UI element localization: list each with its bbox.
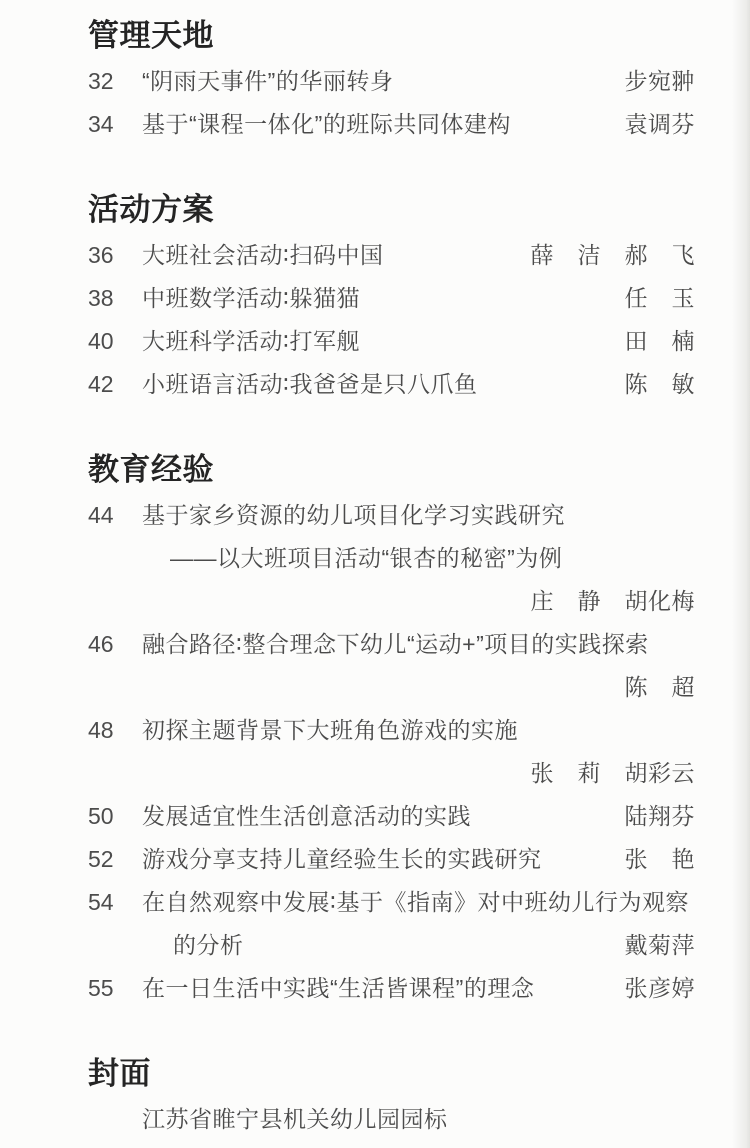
entry-title: 融合路径∶整合理念下幼儿“运动+”项目的实践探索: [142, 623, 649, 666]
toc-entry-row: 40 大班科学活动∶打军舰 田 楠: [88, 320, 695, 363]
toc-entry-continuation-row: 的分析 戴菊萍: [88, 924, 695, 967]
entry-title: “阴雨天事件”的华丽转身: [142, 60, 393, 103]
toc-entry-row: 46 融合路径∶整合理念下幼儿“运动+”项目的实践探索: [88, 623, 695, 666]
section-heading: 活动方案: [88, 188, 695, 231]
toc-entry-row: 34 基于“课程一体化”的班际共同体建构 袁调芬: [88, 103, 695, 146]
entry-page-number: 46: [88, 623, 142, 666]
toc-entry-author-row: 陈 超: [88, 666, 695, 709]
toc-entry-row: 54 在自然观察中发展∶基于《指南》对中班幼儿行为观察: [88, 881, 695, 924]
entry-page-number: 55: [88, 967, 142, 1010]
toc-entry-row: 52 游戏分享支持儿童经验生长的实践研究 张 艳: [88, 838, 695, 881]
entry-title: 在自然观察中发展∶基于《指南》对中班幼儿行为观察: [142, 881, 689, 924]
entry-author: 张彦婷: [607, 967, 696, 1010]
section-heading: 封面: [88, 1052, 695, 1095]
toc-entry-row: 55 在一日生活中实践“生活皆课程”的理念 张彦婷: [88, 967, 695, 1010]
entry-page-number: 38: [88, 277, 142, 320]
entry-title: 小班语言活动∶我爸爸是只八爪鱼: [142, 363, 478, 406]
entry-title: 初探主题背景下大班角色游戏的实施: [142, 709, 518, 752]
cover-caption: 江苏省睢宁县机关幼儿园园标: [142, 1098, 448, 1141]
entry-author: 步宛翀: [607, 60, 696, 103]
entry-page-number: 48: [88, 709, 142, 752]
entry-author: 袁调芬: [607, 103, 696, 146]
entry-page-number: 52: [88, 838, 142, 881]
entry-title: 发展适宜性生活创意活动的实践: [142, 795, 471, 838]
entry-page-number: 42: [88, 363, 142, 406]
entry-author: 陈 敏: [607, 363, 696, 406]
entry-page-number: 32: [88, 60, 142, 103]
entry-page-number: 54: [88, 881, 142, 924]
section-activity-plans: 活动方案 36 大班社会活动∶扫码中国 薛 洁 郝 飞 38 中班数学活动∶躲猫…: [88, 188, 695, 406]
entry-page-number: 44: [88, 494, 142, 537]
entry-title: 基于“课程一体化”的班际共同体建构: [142, 103, 511, 146]
toc-entry-row: 38 中班数学活动∶躲猫猫 任 玉: [88, 277, 695, 320]
entry-author: 陈 超: [607, 666, 696, 709]
entry-author: 庄 静 胡化梅: [513, 580, 696, 623]
entry-title: 基于家乡资源的幼儿项目化学习实践研究: [142, 494, 565, 537]
section-heading: 教育经验: [88, 448, 695, 491]
entry-author: 薛 洁 郝 飞: [513, 234, 696, 277]
toc-entry-row: 江苏省睢宁县机关幼儿园园标: [88, 1098, 695, 1141]
entry-author: 任 玉: [607, 277, 696, 320]
toc-entry-author-row: 庄 静 胡化梅: [88, 580, 695, 623]
toc-entry-row: 36 大班社会活动∶扫码中国 薛 洁 郝 飞: [88, 234, 695, 277]
entry-page-number: 34: [88, 103, 142, 146]
magazine-toc-page: 管理天地 32 “阴雨天事件”的华丽转身 步宛翀 34 基于“课程一体化”的班际…: [0, 0, 750, 1148]
entry-title-continuation: 的分析: [142, 924, 244, 967]
entry-page-number: 50: [88, 795, 142, 838]
toc-entry-row: 44 基于家乡资源的幼儿项目化学习实践研究: [88, 494, 695, 537]
entry-title: 大班科学活动∶打军舰: [142, 320, 360, 363]
toc-entry-row: 32 “阴雨天事件”的华丽转身 步宛翀: [88, 60, 695, 103]
toc-entry-author-row: 张 莉 胡彩云: [88, 752, 695, 795]
section-cover: 封面 江苏省睢宁县机关幼儿园园标: [88, 1052, 695, 1141]
entry-title: 游戏分享支持儿童经验生长的实践研究: [142, 838, 542, 881]
entry-title: 在一日生活中实践“生活皆课程”的理念: [142, 967, 534, 1010]
entry-author: 田 楠: [607, 320, 696, 363]
entry-author: 陆翔芬: [607, 795, 696, 838]
section-heading: 管理天地: [88, 14, 695, 57]
entry-subtitle: ——以大班项目活动“银杏的秘密”为例: [142, 537, 562, 580]
entry-title: 中班数学活动∶躲猫猫: [142, 277, 360, 320]
section-education-experience: 教育经验 44 基于家乡资源的幼儿项目化学习实践研究 ——以大班项目活动“银杏的…: [88, 448, 695, 1010]
entry-author: 张 艳: [607, 838, 696, 881]
toc-entry-row: 50 发展适宜性生活创意活动的实践 陆翔芬: [88, 795, 695, 838]
entry-page-number: 36: [88, 234, 142, 277]
entry-title: 大班社会活动∶扫码中国: [142, 234, 384, 277]
toc-entry-row: 42 小班语言活动∶我爸爸是只八爪鱼 陈 敏: [88, 363, 695, 406]
toc-entry-row: 48 初探主题背景下大班角色游戏的实施: [88, 709, 695, 752]
toc-entry-subtitle-row: ——以大班项目活动“银杏的秘密”为例: [88, 537, 695, 580]
entry-author: 张 莉 胡彩云: [513, 752, 696, 795]
entry-author: 戴菊萍: [607, 924, 696, 967]
section-management: 管理天地 32 “阴雨天事件”的华丽转身 步宛翀 34 基于“课程一体化”的班际…: [88, 14, 695, 146]
entry-page-number: 40: [88, 320, 142, 363]
